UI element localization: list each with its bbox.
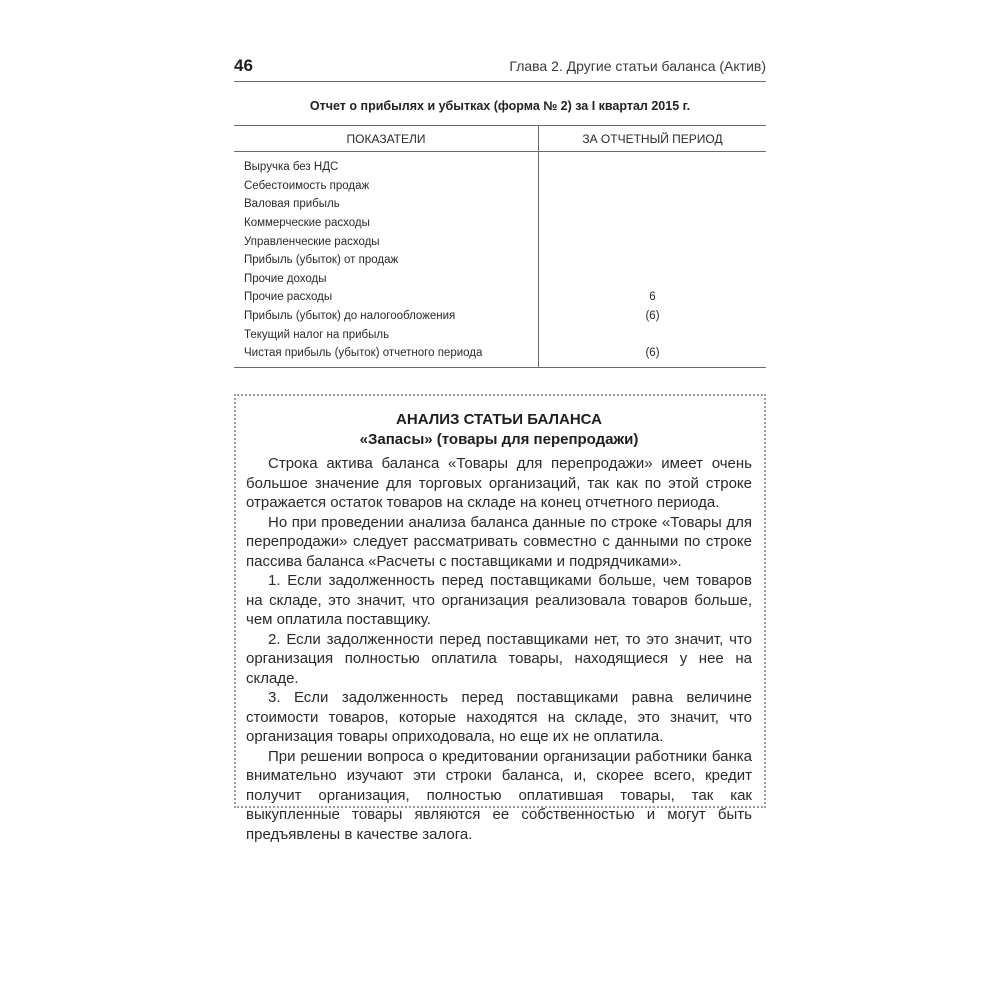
table-body: Выручка без НДССебестоимость продажВалов… — [234, 152, 766, 368]
table-row: Коммерческие расходы — [234, 214, 766, 233]
table-row: Прибыль (убыток) от продаж — [234, 251, 766, 270]
row-value — [539, 232, 767, 251]
table-row: Себестоимость продаж — [234, 177, 766, 196]
table-header-row: ПОКАЗАТЕЛИ ЗА ОТЧЕТНЫЙ ПЕРИОД — [234, 126, 766, 152]
row-label: Прочие расходы — [234, 288, 539, 307]
analysis-paragraph: При решении вопроса о кредитовании орган… — [246, 747, 752, 845]
profit-loss-table: ПОКАЗАТЕЛИ ЗА ОТЧЕТНЫЙ ПЕРИОД Выручка бе… — [234, 125, 766, 368]
row-label: Прибыль (убыток) от продаж — [234, 251, 539, 270]
running-head: 46 Глава 2. Другие статьи баланса (Актив… — [234, 56, 766, 82]
row-value: (6) — [539, 307, 767, 326]
row-value — [539, 195, 767, 214]
analysis-box: АНАЛИЗ СТАТЬИ БАЛАНСА «Запасы» (товары д… — [234, 394, 766, 808]
table-row: Чистая прибыль (убыток) отчетного период… — [234, 344, 766, 367]
table-row: Прочие доходы — [234, 270, 766, 289]
analysis-paragraph: Строка актива баланса «Товары для перепр… — [246, 454, 752, 513]
row-value — [539, 325, 767, 344]
analysis-paragraph: Но при проведении анализа баланса данные… — [246, 513, 752, 572]
table-row: Управленческие расходы — [234, 232, 766, 251]
analysis-body: Строка актива баланса «Товары для перепр… — [246, 454, 752, 844]
chapter-title: Глава 2. Другие статьи баланса (Актив) — [509, 58, 766, 74]
row-label: Прочие доходы — [234, 270, 539, 289]
row-label: Валовая прибыль — [234, 195, 539, 214]
analysis-paragraph: 3. Если задолженность перед поставщиками… — [246, 688, 752, 747]
row-label: Прибыль (убыток) до налогообложения — [234, 307, 539, 326]
table-row: Текущий налог на прибыль — [234, 325, 766, 344]
row-label: Себестоимость продаж — [234, 177, 539, 196]
row-value — [539, 214, 767, 233]
table-row: Прибыль (убыток) до налогообложения(6) — [234, 307, 766, 326]
table-row: Выручка без НДС — [234, 152, 766, 177]
row-value: 6 — [539, 288, 767, 307]
row-label: Выручка без НДС — [234, 152, 539, 177]
row-label: Управленческие расходы — [234, 232, 539, 251]
report-title: Отчет о прибылях и убытках (форма № 2) з… — [234, 99, 766, 113]
table-row: Валовая прибыль — [234, 195, 766, 214]
row-label: Текущий налог на прибыль — [234, 325, 539, 344]
row-value: (6) — [539, 344, 767, 367]
row-value — [539, 152, 767, 177]
column-header-indicators: ПОКАЗАТЕЛИ — [234, 126, 539, 152]
row-value — [539, 251, 767, 270]
table-row: Прочие расходы6 — [234, 288, 766, 307]
analysis-heading: АНАЛИЗ СТАТЬИ БАЛАНСА — [246, 410, 752, 430]
analysis-paragraph: 2. Если задолженности перед поставщиками… — [246, 630, 752, 689]
book-page: 46 Глава 2. Другие статьи баланса (Актив… — [234, 56, 766, 368]
analysis-paragraph: 1. Если задолженность перед поставщиками… — [246, 571, 752, 630]
page-number: 46 — [234, 56, 253, 76]
analysis-subheading: «Запасы» (товары для перепродажи) — [246, 430, 752, 450]
row-value — [539, 270, 767, 289]
row-label: Чистая прибыль (убыток) отчетного период… — [234, 344, 539, 367]
row-label: Коммерческие расходы — [234, 214, 539, 233]
column-header-period: ЗА ОТЧЕТНЫЙ ПЕРИОД — [539, 126, 767, 152]
row-value — [539, 177, 767, 196]
